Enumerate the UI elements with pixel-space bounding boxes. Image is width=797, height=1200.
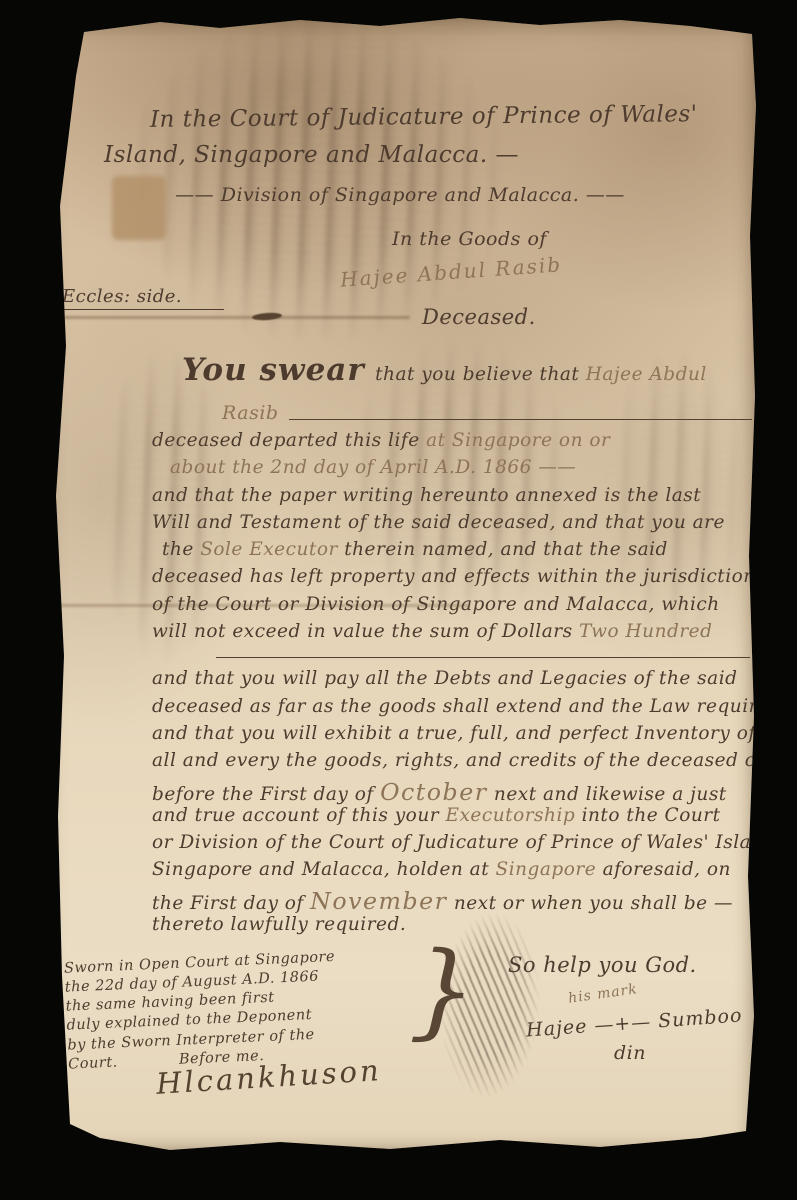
oath-line: or Division of the Court of Judicature o… [152, 832, 750, 859]
blank-fill-rule [289, 419, 752, 420]
oath-body: deceased departed this life at Singapore… [152, 430, 750, 941]
name-fill-text: Rasib [222, 402, 279, 424]
oath-opening-name: Hajee Abdul [586, 364, 707, 385]
oath-text-segment: and that the paper writing hereunto anne… [152, 485, 701, 506]
deceased-label: Deceased. [422, 305, 536, 329]
oath-text-segment: deceased as far as the goods shall exten… [152, 696, 786, 717]
oath-text-segment: Singapore and Malacca, holden at [152, 859, 496, 880]
oath-line: deceased departed this life at Singapore… [152, 430, 750, 457]
oath-text-segment: aforesaid, on [596, 859, 731, 880]
oath-text-segment: about the 2nd day of April A.D. 1866 —— [170, 457, 576, 478]
oath-text-segment: deceased has left property and effects w… [152, 566, 756, 587]
oath-line: deceased as far as the goods shall exten… [152, 696, 750, 723]
oath-line: all and every the goods, rights, and cre… [152, 750, 750, 777]
oath-line: and that the paper writing hereunto anne… [152, 485, 750, 512]
oath-text-segment: October [380, 778, 487, 806]
oath-opening-text: that you believe that [369, 364, 586, 385]
oath-line: deceased has left property and effects w… [152, 566, 750, 593]
oath-line: will not exceed in value the sum of Doll… [152, 621, 750, 648]
oath-text-segment: the First day of [152, 893, 310, 914]
oath-text-segment: will not exceed in value the sum of Doll… [152, 621, 579, 642]
his-mark-note: his mark [567, 981, 638, 1007]
oath-text-segment: Will and Testament of the said deceased,… [152, 512, 725, 533]
oath-text-segment: all and every the goods, rights, and cre… [152, 750, 796, 771]
oath-line: and that you will pay all the Debts and … [152, 668, 750, 695]
oath-line: before the First day of October next and… [152, 778, 750, 805]
oath-text-segment: therein named, and that the said [338, 539, 668, 560]
separator-ink-rule [216, 657, 750, 658]
oath-text-segment: of the Court or Division of Singapore an… [152, 594, 720, 615]
document-paper-sheet: In the Court of Judicature of Prince of … [40, 16, 760, 1156]
oath-opening-line: You swear that you believe that Hajee Ab… [182, 352, 752, 388]
executor-mark-name-line2: din [614, 1042, 646, 1064]
oath-text-segment: Singapore [496, 859, 597, 880]
oath-text-segment: next or when you shall be — [447, 893, 733, 914]
oath-text-segment: Sole Executor [200, 539, 338, 560]
oath-line: Singapore and Malacca, holden at Singapo… [152, 859, 750, 886]
name-fill-line: Rasib [222, 402, 752, 424]
oath-text-segment: Two Hundred [579, 621, 712, 642]
you-swear-lead: You swear [182, 352, 365, 388]
oath-text-segment: and true account of this your [152, 805, 445, 826]
oath-text-segment: deceased departed this life [152, 430, 426, 451]
oath-line: and that you will exhibit a true, full, … [152, 723, 750, 750]
oath-text-segment: at Singapore on or [426, 430, 610, 451]
oath-text-segment: the [162, 539, 200, 560]
oath-text-segment: or Division of the Court of Judicature o… [152, 832, 782, 853]
oath-line: and true account of this your Executorsh… [152, 805, 750, 832]
in-the-goods-of: In the Goods of [392, 228, 547, 250]
division-line: —— Division of Singapore and Malacca. —— [40, 184, 760, 206]
margin-note-eccles-side: Eccles: side. [60, 286, 224, 310]
oath-text-segment: next and likewise a just [488, 784, 727, 805]
oath-text-segment: November [310, 887, 447, 915]
fold-crease-upper [40, 316, 410, 319]
oath-text-segment: Executorship [445, 805, 575, 826]
oath-line: of the Court or Division of Singapore an… [152, 594, 750, 621]
so-help-you-god: So help you God. [508, 953, 697, 977]
court-title-line1: In the Court of Judicature of Prince of … [150, 101, 698, 133]
court-title-line2: Island, Singapore and Malacca. — [104, 142, 519, 168]
photo-backdrop: { "document": { "header": { "line1": "In… [0, 0, 797, 1200]
oath-text-segment: and that you will exhibit a true, full, … [152, 723, 756, 744]
oath-text-segment: into the Court [575, 805, 720, 826]
interpreter-signature-scribble [435, 910, 545, 1101]
oath-text-segment: before the First day of [152, 784, 380, 805]
oath-text-segment: thereto lawfully required. [152, 914, 406, 935]
executor-mark-name-line1: Hajee —+— Sumboo [525, 1004, 743, 1041]
oath-line: the Sole Executor therein named, and tha… [152, 539, 750, 566]
oath-line: about the 2nd day of April A.D. 1866 —— [152, 457, 750, 484]
oath-text-segment: and that you will pay all the Debts and … [152, 668, 737, 689]
oath-line: Will and Testament of the said deceased,… [152, 512, 750, 539]
